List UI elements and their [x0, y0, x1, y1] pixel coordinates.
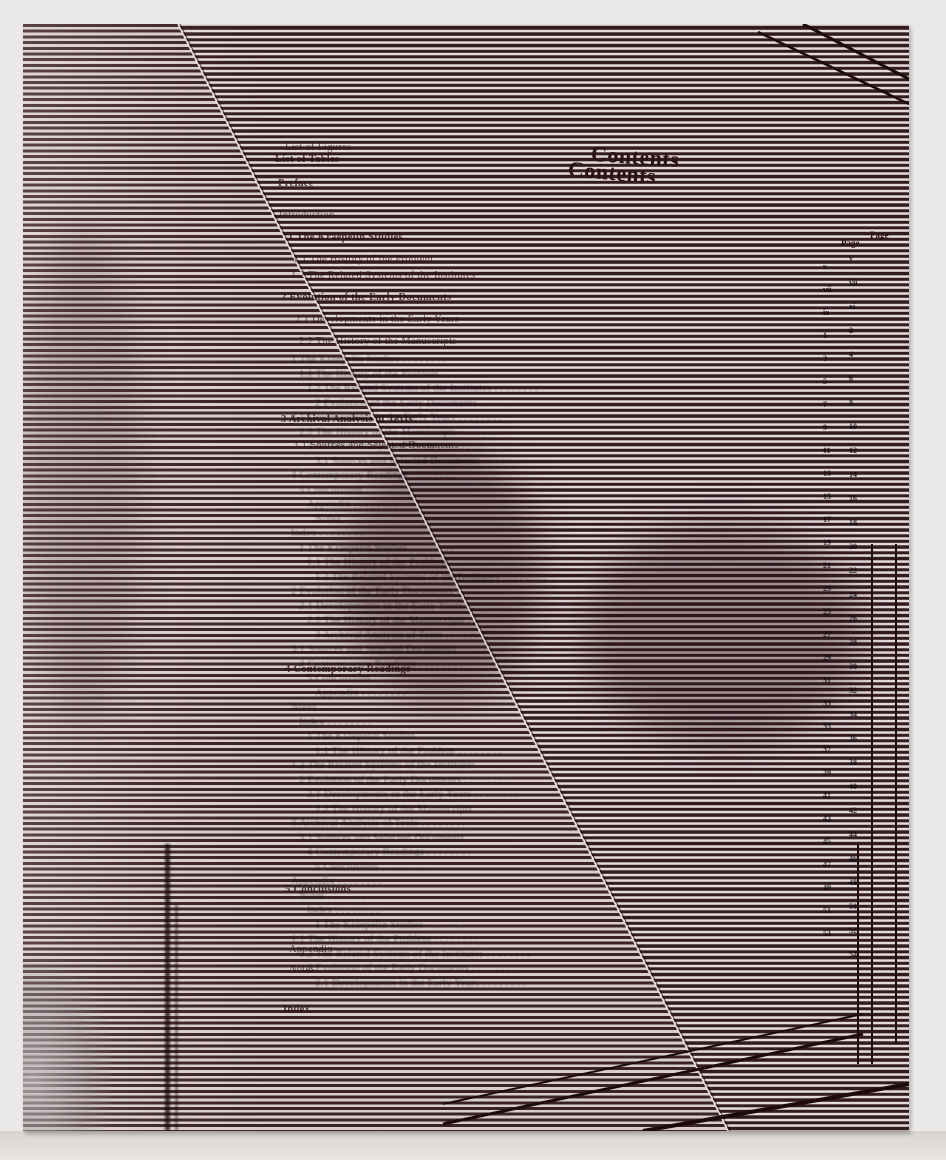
- page-number: 49: [823, 883, 831, 892]
- page-number: 46: [849, 854, 857, 863]
- toc-entry-blurred: 2 Evolution of the Early Documents . . .…: [315, 398, 524, 409]
- toc-entry-blurred: 2 Evolution of the Early Documents . . .…: [299, 775, 508, 786]
- toc-entry: 1.2 The Related Systems of the Institute…: [291, 270, 475, 281]
- page-number: 23: [823, 584, 831, 593]
- toc-entry-blurred: 2.1 Developments in the Early Years . . …: [307, 789, 518, 800]
- toc-entry-blurred: 2.2 The History of the Manuscripts . . .…: [299, 427, 503, 438]
- toc-entry: List of Figures: [285, 142, 351, 153]
- page-number: 44: [849, 830, 857, 839]
- toc-entry: List of Tables: [275, 154, 339, 165]
- toc-entry-blurred: 1.2 The Related Systems of the Institute…: [291, 760, 522, 771]
- page-number: 27: [823, 630, 831, 639]
- toc-entry-blurred: 2.2 The History of the Manuscripts . . .…: [307, 615, 511, 626]
- page-number: 15: [823, 492, 831, 501]
- toc-entry-blurred: Appendix . . . . . . . .: [291, 876, 382, 887]
- page-number: 50: [849, 902, 857, 911]
- page-label: Page: [870, 230, 889, 240]
- toc-entry-blurred: 1 The Kraepelin Studies . . . . . . . .: [299, 543, 454, 554]
- wall-shadow: [0, 1131, 946, 1160]
- toc-entry-blurred: 1.1 The History of the Problem . . . . .…: [299, 369, 486, 380]
- page-number: 38: [849, 758, 857, 767]
- page-number: 54: [849, 950, 857, 959]
- page-number: 37: [823, 745, 831, 754]
- page-number: v: [849, 254, 853, 263]
- page-number: 35: [823, 722, 831, 731]
- toc-entry-blurred: Notes . . . . . . . .: [315, 514, 388, 525]
- page-number: 20: [849, 542, 857, 551]
- toc-entry: Preface: [278, 178, 314, 189]
- toc-entry-blurred: 1.1 The History of the Problem . . . . .…: [291, 934, 478, 945]
- toc-entry-blurred: 2 Evolution of the Early Documents . . .…: [291, 586, 500, 597]
- page-number: 4: [849, 350, 853, 359]
- page-number: 11: [823, 446, 831, 455]
- page-number: 5: [823, 377, 827, 386]
- page-number: 8: [849, 398, 853, 407]
- toc-entry-blurred: 1.2 The Related Systems of the Institute…: [307, 383, 538, 394]
- toc-entry: Index: [283, 1004, 310, 1015]
- page-number: vii: [823, 285, 831, 294]
- page-number: 24: [849, 590, 857, 599]
- page-number: 41: [823, 791, 831, 800]
- page-number: 2: [849, 326, 853, 335]
- page-number: 28: [849, 638, 857, 647]
- page-label: Page: [841, 238, 860, 248]
- page-number: 3: [823, 354, 827, 363]
- artwork-canvas: Contents Contents Page Page List of Figu…: [23, 24, 909, 1131]
- page-number: 34: [849, 710, 857, 719]
- toc-entry-blurred: Index . . . . . . . .: [291, 528, 363, 539]
- page-number: 43: [823, 814, 831, 823]
- toc-entry-blurred: 3 Archival Analysis of Texts . . . . . .…: [315, 630, 489, 641]
- toc-entry-blurred: 3.1 Sources and Selected Documents . . .…: [299, 833, 511, 844]
- page-number: 13: [823, 469, 831, 478]
- toc-entry-blurred: 1 The Kraepelin Studies . . . . . . . .: [291, 354, 446, 365]
- page-number: 12: [849, 446, 857, 455]
- page-number: 32: [849, 686, 857, 695]
- page-number: 53: [823, 929, 831, 938]
- page-number: 52: [849, 926, 857, 935]
- page-number: 39: [823, 768, 831, 777]
- toc-entry-blurred: Index . . . . . . . .: [307, 905, 379, 916]
- toc-entry: 2.1 Developments in the Early Years: [295, 314, 459, 325]
- page-number: 31: [823, 676, 831, 685]
- toc-entry-blurred: 1 The Kraepelin Studies . . . . . . . .: [307, 731, 462, 742]
- page-number: 22: [849, 566, 857, 575]
- toc-entry-blurred: 3 Archival Analysis of Texts . . . . . .…: [291, 818, 465, 829]
- page-number: 48: [849, 878, 857, 887]
- toc-entry-blurred: 2.1 Developments in the Early Years . . …: [299, 601, 510, 612]
- page-number: 25: [823, 607, 831, 616]
- page-number: 40: [849, 782, 857, 791]
- page-number: v: [823, 262, 827, 271]
- toc-entry-blurred: 1.2 The Related Systems of the Institute…: [299, 949, 530, 960]
- toc-entry: 2 Evolution of the Early Documents: [281, 292, 451, 303]
- toc-entry-blurred: 1.1 The History of the Problem . . . . .…: [307, 557, 494, 568]
- toc-entry-blurred: 4 Contemporary Readings . . . . . . . .: [299, 659, 463, 670]
- page-number: 26: [849, 614, 857, 623]
- toc-entry-blurred: 1.2 The Related Systems of the Institute…: [315, 572, 546, 583]
- toc-entry-blurred: Appendix . . . . . . . .: [307, 499, 398, 510]
- toc-entry-blurred: Index . . . . . . . .: [299, 717, 371, 728]
- page-number: 9: [823, 423, 827, 432]
- page-number: 51: [823, 906, 831, 915]
- toc-entry-blurred: Appendix . . . . . . . .: [315, 688, 406, 699]
- page-number: ix: [823, 308, 829, 317]
- toc-entry-blurred: 5 Conclusions . . . . . . . .: [307, 673, 418, 684]
- page-number: xi: [849, 302, 855, 311]
- page-number: 42: [849, 806, 857, 815]
- toc-entry-blurred: 2 Evolution of the Early Documents . . .…: [307, 963, 516, 974]
- toc-entry-blurred: Notes . . . . . . . .: [299, 891, 372, 902]
- page-number: 29: [823, 653, 831, 662]
- toc-entry: 1.1 The History of the Problem: [293, 254, 433, 265]
- toc-entry-blurred: 1 The Kraepelin Studies . . . . . . . .: [315, 920, 470, 931]
- page-number: 1: [823, 331, 827, 340]
- page-number: 47: [823, 860, 831, 869]
- toc-entry-blurred: 5 Conclusions . . . . . . . .: [299, 485, 410, 496]
- toc-entry-blurred: 3.1 Sources and Selected Documents . . .…: [315, 456, 527, 467]
- page-number: 16: [849, 494, 857, 503]
- page-number: 21: [823, 561, 831, 570]
- toc-entry: Introduction: [279, 210, 335, 221]
- page-number: 6: [849, 374, 853, 383]
- page-number: 18: [849, 518, 857, 527]
- page-number: 19: [823, 538, 831, 547]
- toc-entry-blurred: 2.1 Developments in the Early Years . . …: [291, 412, 502, 423]
- page-number: 33: [823, 699, 831, 708]
- page-number: 30: [849, 662, 857, 671]
- page-number: 7: [823, 400, 827, 409]
- page-number: 14: [849, 470, 857, 479]
- toc-entry-blurred: 2.2 The History of the Manuscripts . . .…: [315, 804, 519, 815]
- toc-entry-blurred: 4 Contemporary Readings . . . . . . . .: [291, 470, 455, 481]
- toc-entry-blurred: 4 Contemporary Readings . . . . . . . .: [307, 847, 471, 858]
- page-number: 45: [823, 837, 831, 846]
- page-number: 36: [849, 734, 857, 743]
- page-number: 10: [849, 422, 857, 431]
- toc-entry-blurred: 3 Archival Analysis of Texts . . . . . .…: [307, 441, 481, 452]
- toc-entry: 2.2 The History of the Manuscripts: [299, 336, 457, 347]
- page-number: 17: [823, 515, 831, 524]
- toc-entry-blurred: 3.1 Sources and Selected Documents . . .…: [291, 644, 503, 655]
- toc-entry: 1 The Kraepelin Studies: [288, 232, 403, 243]
- toc-entry-blurred: 1.1 The History of the Problem . . . . .…: [315, 746, 502, 757]
- toc-entry-blurred: 5 Conclusions . . . . . . . .: [315, 862, 426, 873]
- toc-entry-blurred: 2.1 Developments in the Early Years . . …: [315, 978, 526, 989]
- page-number: vii: [849, 278, 857, 287]
- toc-entry-blurred: Notes . . . . . . . .: [291, 702, 364, 713]
